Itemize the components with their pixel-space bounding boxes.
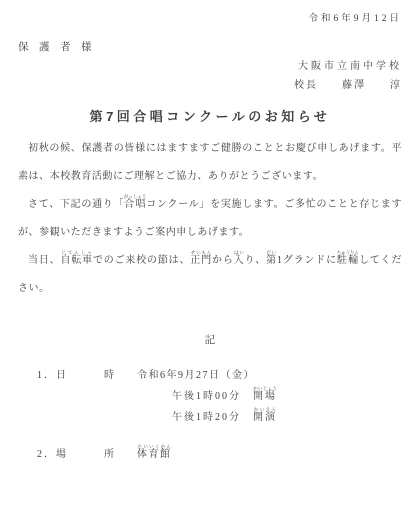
doors-open-time: 午後1時00分 開場かいじょう — [172, 386, 402, 407]
place-label: 2．場 所 — [37, 448, 137, 462]
datetime-value: 令和6年9月27日（金） — [137, 370, 255, 381]
principal-name-line: 校長 藤澤 淳 — [18, 79, 402, 92]
body-text: 初秋の候、保護者の皆様にはますますご健勝のこととお慶び申しあげます。平素は、本校… — [18, 135, 402, 303]
document-title: 第7回合唱コンクールのお知らせ — [18, 108, 402, 125]
notice-item-datetime: 1．日 時令和6年9月27日（金） — [37, 369, 402, 383]
paragraph-event-announcement: さて、下記の通り「合唱がっしょうコンクール」を実施します。ご多忙のことと存じます… — [18, 191, 402, 247]
datetime-label: 1．日 時 — [37, 369, 137, 383]
paragraph-seasonal-greeting: 初秋の候、保護者の皆様にはますますご健勝のこととお慶び申しあげます。平素は、本校… — [18, 135, 402, 191]
notice-item-place: 2．場 所体育館たいいくかん — [37, 444, 402, 462]
document-date: 令和6年9月12日 — [18, 13, 402, 26]
notice-heading: 記 — [18, 334, 402, 347]
paragraph-bicycle-parking: 当日、自転車じてんしゃでのご来校の節は、正門せいもんから入はいり、第だい1グラン… — [18, 247, 402, 303]
document-page: 令和6年9月12日 保 護 者 様 大阪市立南中学校 校長 藤澤 淳 第7回合唱… — [0, 0, 420, 518]
recipient-line: 保 護 者 様 — [18, 41, 402, 54]
performance-start-time: 午後1時20分 開演かいえん — [172, 407, 402, 428]
school-name: 大阪市立南中学校 — [18, 60, 402, 73]
place-value: 体育館たいいくかん — [137, 449, 172, 460]
